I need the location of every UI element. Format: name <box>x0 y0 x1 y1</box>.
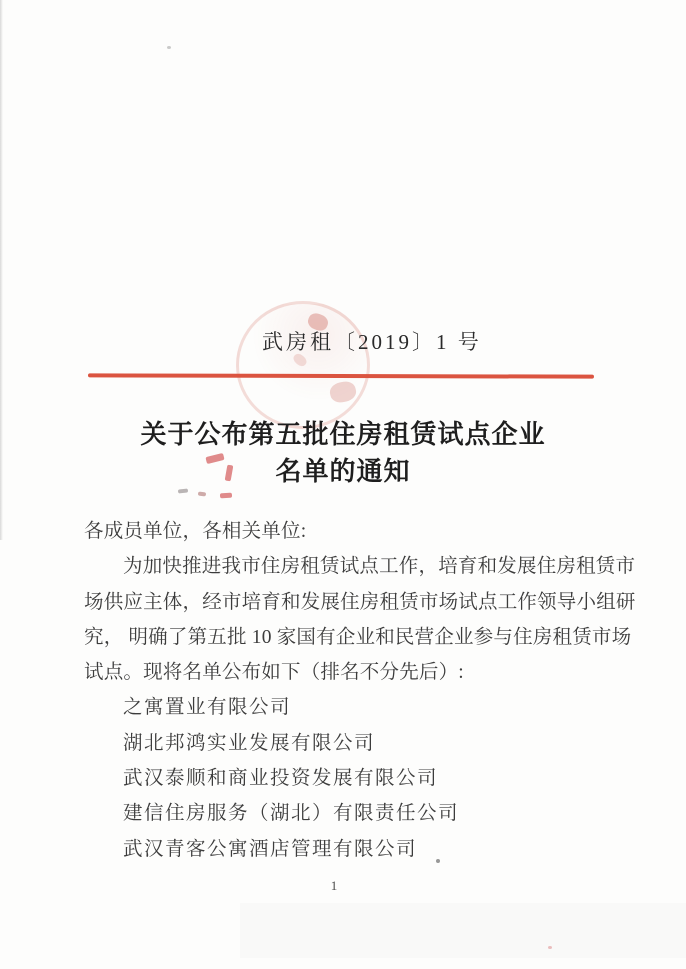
scanned-document-page: 武汉市培育和发展住房租赁市场试点工作领导小组文件 武房租〔2019〕1 号 关于… <box>0 0 686 969</box>
company-list-item: 之寓置业有限公司 <box>84 690 612 725</box>
document-number: 武房租〔2019〕1 号 <box>262 326 482 356</box>
scan-dot-artifact <box>167 46 171 49</box>
ink-speck <box>220 493 232 499</box>
paragraph-line: 试点。现将名单公布如下（排名不分先后）: <box>84 655 612 690</box>
company-list-item: 湖北邦鸿实业发展有限公司 <box>84 726 612 761</box>
red-divider-line <box>88 373 594 378</box>
scan-dot-artifact <box>548 946 552 949</box>
document-title: 关于公布第五批住房租赁试点企业 名单的通知 <box>0 416 686 490</box>
company-list-item: 武汉青客公寓酒店管理有限公司 <box>84 832 612 867</box>
red-header-banner: 武汉市培育和发展住房租赁市场试点工作领导小组文件 <box>0 192 686 288</box>
paragraph-line: 究， 明确了第五批 10 家国有企业和民营企业参与住房租赁市场 <box>84 620 612 655</box>
page-number: 1 <box>0 878 668 894</box>
company-list-item: 建信住房服务（湖北）有限责任公司 <box>84 796 612 831</box>
paragraph-line: 为加快推进我市住房租赁试点工作，培育和发展住房租赁市 <box>84 549 612 584</box>
company-list-item: 武汉泰顺和商业投资发展有限公司 <box>84 761 612 796</box>
ink-speck <box>198 491 206 496</box>
document-body: 各成员单位，各相关单位: 为加快推进我市住房租赁试点工作，培育和发展住房租赁市 … <box>84 514 612 867</box>
document-title-line2: 名单的通知 <box>0 453 686 490</box>
salutation-line: 各成员单位，各相关单位: <box>84 514 612 549</box>
document-title-line1: 关于公布第五批住房租赁试点企业 <box>0 416 686 453</box>
scan-shade-artifact <box>240 903 686 958</box>
paragraph-line: 场供应主体，经市培育和发展住房租赁市场试点工作领导小组研 <box>84 585 612 620</box>
